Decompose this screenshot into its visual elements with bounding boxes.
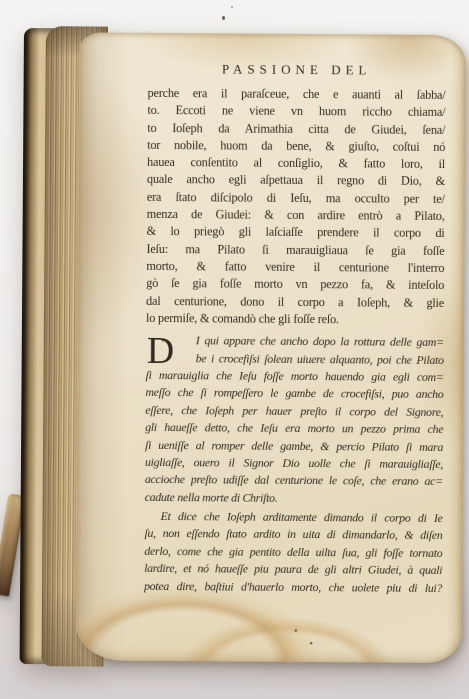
text-line: gli haueſſe detto, che Ieſu era morto un…: [145, 419, 443, 438]
drop-cap-letter: D: [147, 334, 191, 368]
book-page: PASSIONE DEL perche era il paraſceue, ch…: [76, 32, 466, 663]
text-line: to. Eccoti ne viene vn huom riccho chiam…: [147, 102, 445, 121]
text-line: potea dire, baſtiui d'hauerlo morto, che…: [144, 578, 442, 597]
text-line: morto, & fatto venire il centurione l'in…: [146, 258, 444, 277]
photo-scene: PASSIONE DEL perche era il paraſceue, ch…: [0, 0, 469, 699]
text-line: to Ioſeph da Arimathia citta de Giudei, …: [147, 119, 445, 138]
text-line: dal centurione, dono il corpo a Ioſeph, …: [146, 292, 444, 311]
text-line: menza de Giudei: & con ardire entrò a Pi…: [147, 206, 445, 225]
paragraph-commentary: D I qui appare che ancho dopo la rottura…: [145, 332, 444, 508]
paragraph-opening: perche era il paraſceue, che e auanti al…: [146, 85, 446, 329]
text-line: lo permiſe, & comandò che gli foſſe reſo…: [146, 310, 444, 329]
antique-book: PASSIONE DEL perche era il paraſceue, ch…: [16, 26, 466, 671]
text-line: tor nobile, huom da bene, & giuſto, coſt…: [147, 137, 445, 156]
text-line: perche era il paraſceue, che e auanti al…: [147, 85, 445, 104]
text-line: derlo, come che gia pentito della uilta …: [144, 543, 442, 562]
text-line: hauea conſentito al conſiglio, & fatto l…: [147, 154, 445, 173]
text-line: meſſo che ſi rompeſſero le gambe de croc…: [145, 384, 443, 403]
text-line: cadute nella morte di Chriſto.: [145, 489, 443, 508]
text-line: quale ancho egli aſpettaua il regno di D…: [147, 171, 445, 190]
text-line: uigliaſſe, ouero il Signor Dio uolle che…: [145, 454, 443, 473]
text-block: PASSIONE DEL perche era il paraſceue, ch…: [144, 55, 446, 597]
text-line: lardire, et nó haueſſe piu paura de gli …: [144, 560, 442, 579]
dust-speck: [222, 16, 225, 20]
text-line: eſſere, che Ioſeph per hauer preſto il c…: [145, 402, 443, 421]
text-line: ſu, non eſſendo ſtato ardito in uita di …: [144, 525, 442, 544]
running-header: PASSIONE DEL: [148, 55, 446, 81]
text-line: Et dice che Ioſeph arditamente dimando i…: [145, 508, 443, 527]
dust-speck: [231, 6, 233, 8]
text-line: gò ſe gia foſſe morto vn pezzo fa, & int…: [146, 275, 444, 294]
text-line: Ieſu: ma Pilato ſi marauigliaua ſe gia f…: [146, 241, 444, 260]
text-line: ſi marauiglia che Ieſu foſſe morto hauen…: [146, 367, 444, 386]
text-line: ſi ueniſſe al romper delle gambe, & perc…: [145, 436, 443, 455]
paragraph-commentary-2: Et dice che Ioſeph arditamente dimando i…: [144, 508, 443, 597]
text-line: accioche preſto udiſſe dal centurione le…: [145, 471, 443, 490]
text-line: & lo priegò gli laſciaſſe prendere il co…: [147, 223, 445, 242]
text-line: era ſtato diſcipolo di Ieſu, ma occulto …: [147, 189, 445, 208]
